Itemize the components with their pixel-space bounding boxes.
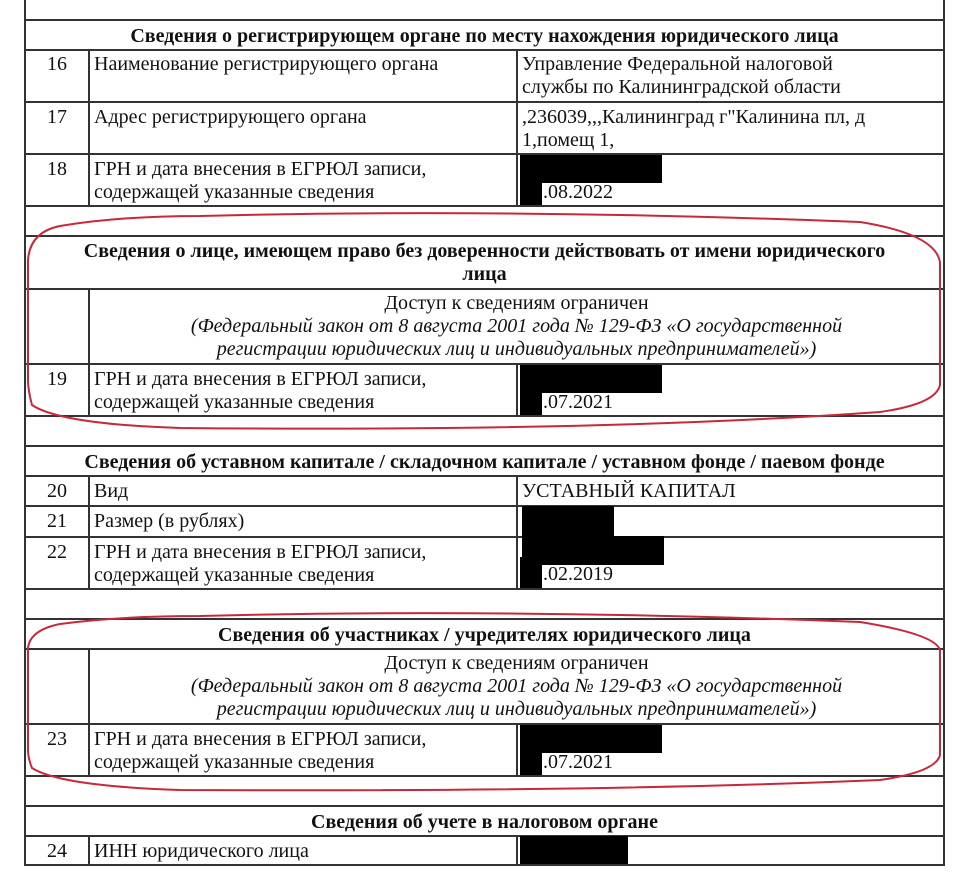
- highlight-annotations: [0, 0, 960, 887]
- highlight-oval-founders: [28, 613, 940, 790]
- egrul-extract-page: Сведения о регистрирующем органе по мест…: [0, 0, 960, 887]
- highlight-oval-authorized-person: [28, 213, 940, 429]
